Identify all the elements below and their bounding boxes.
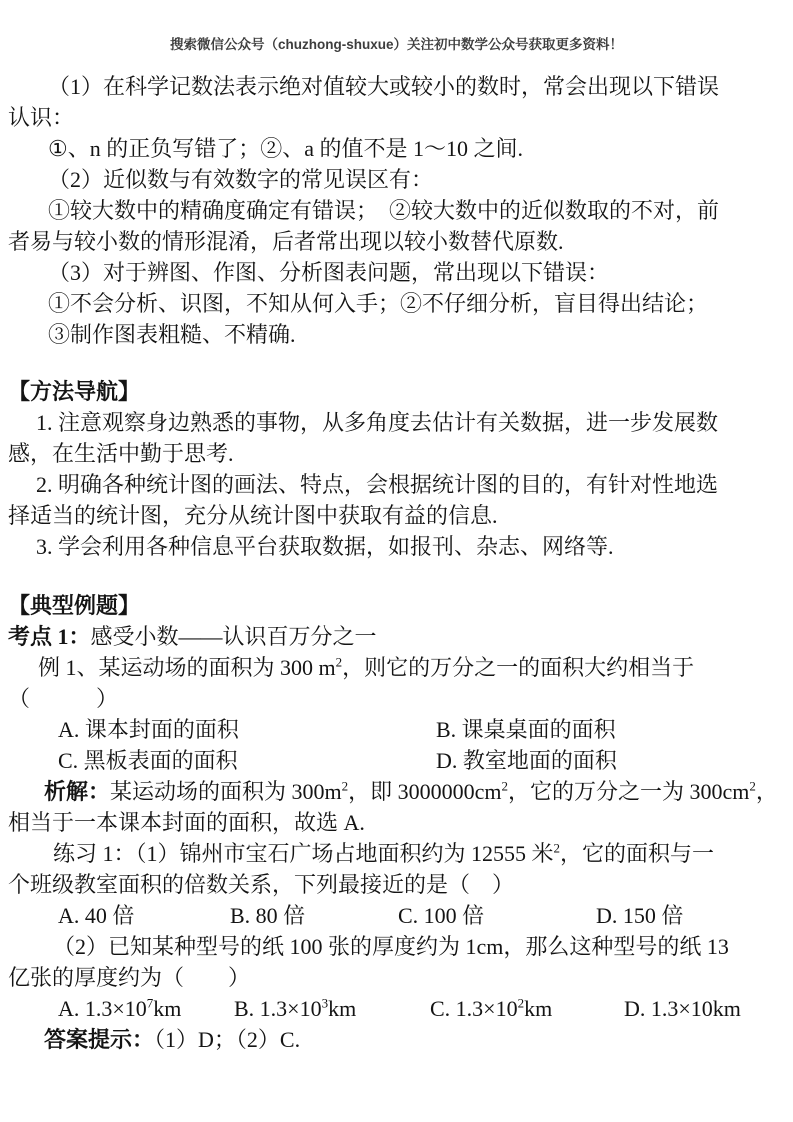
- method-item-1-line-1: 1. 注意观察身边熟悉的事物，从多角度去估计有关数据，进一步发展数: [8, 407, 785, 438]
- text-run: ，它的面积与一: [560, 841, 714, 866]
- text-run: 相当于一本课本封面的面积，故选 A.: [8, 810, 365, 835]
- section-heading-examples: 【典型例题】: [8, 590, 785, 621]
- example-1-analysis-line-1: 析解：某运动场的面积为 300m2，即 3000000cm2，它的万分之一为 3…: [8, 776, 785, 807]
- text-run: C. 黑板表面的面积: [58, 748, 238, 773]
- text-run: km: [153, 996, 181, 1021]
- text-run: （3）对于辨图、作图、分析图表问题，常出现以下错误：: [48, 260, 609, 285]
- choice-option: A. 课本封面的面积: [58, 714, 436, 745]
- example-1-stem-line-1: 例 1、某运动场的面积为 300 m2，则它的万分之一的面积大约相当于: [8, 652, 785, 683]
- bold-text-run: 【方法导航】: [8, 379, 140, 404]
- text-run: D. 教室地面的面积: [436, 748, 617, 773]
- text-run: A. 40 倍: [58, 903, 134, 928]
- text-run: C. 1.3×10: [430, 996, 518, 1021]
- bold-text-run: 答案提示：: [44, 1027, 154, 1052]
- misconception-3-title: （3）对于辨图、作图、分析图表问题，常出现以下错误：: [8, 257, 785, 288]
- example-1-stem-line-2: （ ）: [8, 683, 785, 714]
- practice-1-q2-line-2: 亿张的厚度约为（ ）: [8, 962, 785, 993]
- section-heading-method: 【方法导航】: [8, 376, 785, 407]
- choice-option: B. 80 倍: [230, 900, 398, 931]
- misconception-2-items-line-2: 者易与较小数的情形混淆，后者常出现以较小数替代原数.: [8, 226, 785, 257]
- choice-option: C. 黑板表面的面积: [58, 745, 436, 776]
- text-run: B. 1.3×10: [234, 996, 322, 1021]
- text-run: 练习 1：（1）锦州市宝石广场占地面积约为 12555 米: [53, 841, 554, 866]
- text-run: D. 1.3×10km: [624, 996, 741, 1021]
- kaodian-1-title: 考点 1：感受小数——认识百万分之一: [8, 621, 785, 652]
- practice-1-q2-line-1: （2）已知某种型号的纸 100 张的厚度约为 1cm，那么这种型号的纸 13: [8, 931, 785, 962]
- method-item-3: 3. 学会利用各种信息平台获取数据，如报刊、杂志、网络等.: [8, 531, 785, 562]
- text-run: ，: [756, 779, 778, 804]
- choice-option: D. 1.3×10km: [624, 993, 741, 1024]
- text-run: km: [328, 996, 356, 1021]
- text-run: D. 150 倍: [596, 903, 683, 928]
- text-run: 择适当的统计图，充分从统计图中获取有益的信息.: [8, 503, 498, 528]
- method-item-1-line-2: 感，在生活中勤于思考.: [8, 438, 785, 469]
- text-run: ①不会分析、识图，不知从何入手；②不仔细分析，盲目得出结论；: [48, 291, 708, 316]
- text-run: （1）在科学记数法表示绝对值较大或较小的数时，常会出现以下错误: [48, 74, 719, 99]
- choice-option: B. 1.3×103km: [234, 993, 430, 1024]
- text-run: 2. 明确各种统计图的画法、特点，会根据统计图的目的，有针对性地选: [36, 472, 718, 497]
- text-run: ，即 3000000cm: [348, 779, 501, 804]
- choice-option: B. 课桌桌面的面积: [436, 714, 616, 745]
- text-run: C. 100 倍: [398, 903, 484, 928]
- misconception-2-items-line-1: ①较大数中的精确度确定有错误； ②较大数中的近似数取的不对，前: [8, 195, 785, 226]
- misconception-1-line-1: （1）在科学记数法表示绝对值较大或较小的数时，常会出现以下错误: [8, 71, 785, 102]
- bold-text-run: 析解：: [44, 779, 110, 804]
- text-run: 感受小数——认识百万分之一: [91, 624, 377, 649]
- text-run: ，它的万分之一为 300cm: [508, 779, 749, 804]
- method-item-2-line-1: 2. 明确各种统计图的画法、特点，会根据统计图的目的，有针对性地选: [8, 469, 785, 500]
- wechat-notice: 搜索微信公众号（chuzhong-shuxue）关注初中数学公众号获取更多资料！: [0, 0, 793, 53]
- text-run: 例 1、某运动场的面积为 300 m: [38, 655, 336, 680]
- misconception-1-items: ①、n 的正负写错了；②、a 的值不是 1～10 之间.: [8, 133, 785, 164]
- choice-option: A. 40 倍: [58, 900, 230, 931]
- text-run: （1）D；（2）C.: [154, 1027, 300, 1052]
- text-run: ①较大数中的精确度确定有错误； ②较大数中的近似数取的不对，前: [48, 198, 719, 223]
- text-run: ③制作图表粗糙、不精确.: [48, 322, 296, 347]
- practice-1-q2-options: A. 1.3×107kmB. 1.3×103kmC. 1.3×102kmD. 1…: [8, 993, 785, 1024]
- example-1-options-cd: C. 黑板表面的面积D. 教室地面的面积: [8, 745, 785, 776]
- text-run: ，则它的万分之一的面积大约相当于: [342, 655, 694, 680]
- text-run: ①、n 的正负写错了；②、a 的值不是 1～10 之间.: [48, 136, 523, 161]
- practice-1-q1-line-1: 练习 1：（1）锦州市宝石广场占地面积约为 12555 米2，它的面积与一: [8, 838, 785, 869]
- text-run: （ ）: [8, 686, 118, 711]
- text-run: 感，在生活中勤于思考.: [8, 441, 234, 466]
- method-item-2-line-2: 择适当的统计图，充分从统计图中获取有益的信息.: [8, 500, 785, 531]
- bold-text-run: 考点 1：: [8, 624, 91, 649]
- text-run: 1. 注意观察身边熟悉的事物，从多角度去估计有关数据，进一步发展数: [36, 410, 718, 435]
- bold-text-run: 【典型例题】: [8, 593, 140, 618]
- text-run: （2）已知某种型号的纸 100 张的厚度约为 1cm，那么这种型号的纸 13: [53, 934, 729, 959]
- text-run: 亿张的厚度约为（ ）: [8, 965, 250, 990]
- text-run: B. 课桌桌面的面积: [436, 717, 616, 742]
- choice-option: C. 1.3×102km: [430, 993, 624, 1024]
- choice-option: D. 150 倍: [596, 900, 683, 931]
- text-run: km: [524, 996, 552, 1021]
- text-run: 个班级教室面积的倍数关系，下列最接近的是（ ）: [8, 872, 514, 897]
- text-run: B. 80 倍: [230, 903, 305, 928]
- choice-option: D. 教室地面的面积: [436, 745, 617, 776]
- misconception-1-line-2: 认识：: [8, 102, 785, 133]
- misconception-2-title: （2）近似数与有效数字的常见误区有：: [8, 164, 785, 195]
- example-1-analysis-line-2: 相当于一本课本封面的面积，故选 A.: [8, 807, 785, 838]
- answer-hint: 答案提示：（1）D；（2）C.: [8, 1024, 785, 1055]
- example-1-options-ab: A. 课本封面的面积B. 课桌桌面的面积: [8, 714, 785, 745]
- practice-1-q1-line-2: 个班级教室面积的倍数关系，下列最接近的是（ ）: [8, 869, 785, 900]
- document-body: （1）在科学记数法表示绝对值较大或较小的数时，常会出现以下错误认识：①、n 的正…: [0, 71, 793, 1055]
- text-run: 某运动场的面积为 300m: [110, 779, 342, 804]
- practice-1-q1-options: A. 40 倍B. 80 倍C. 100 倍D. 150 倍: [8, 900, 785, 931]
- text-run: A. 1.3×10: [58, 996, 147, 1021]
- text-run: 者易与较小数的情形混淆，后者常出现以较小数替代原数.: [8, 229, 564, 254]
- misconception-3-items-line-1: ①不会分析、识图，不知从何入手；②不仔细分析，盲目得出结论；: [8, 288, 785, 319]
- choice-option: A. 1.3×107km: [58, 993, 234, 1024]
- text-run: A. 课本封面的面积: [58, 717, 239, 742]
- text-run: 认识：: [8, 105, 74, 130]
- choice-option: C. 100 倍: [398, 900, 596, 931]
- text-run: （2）近似数与有效数字的常见误区有：: [48, 167, 433, 192]
- misconception-3-items-line-2: ③制作图表粗糙、不精确.: [8, 319, 785, 350]
- page-header: 搜索微信公众号（chuzhong-shuxue）关注初中数学公众号获取更多资料！: [0, 0, 793, 53]
- text-run: 3. 学会利用各种信息平台获取数据，如报刊、杂志、网络等.: [36, 534, 614, 559]
